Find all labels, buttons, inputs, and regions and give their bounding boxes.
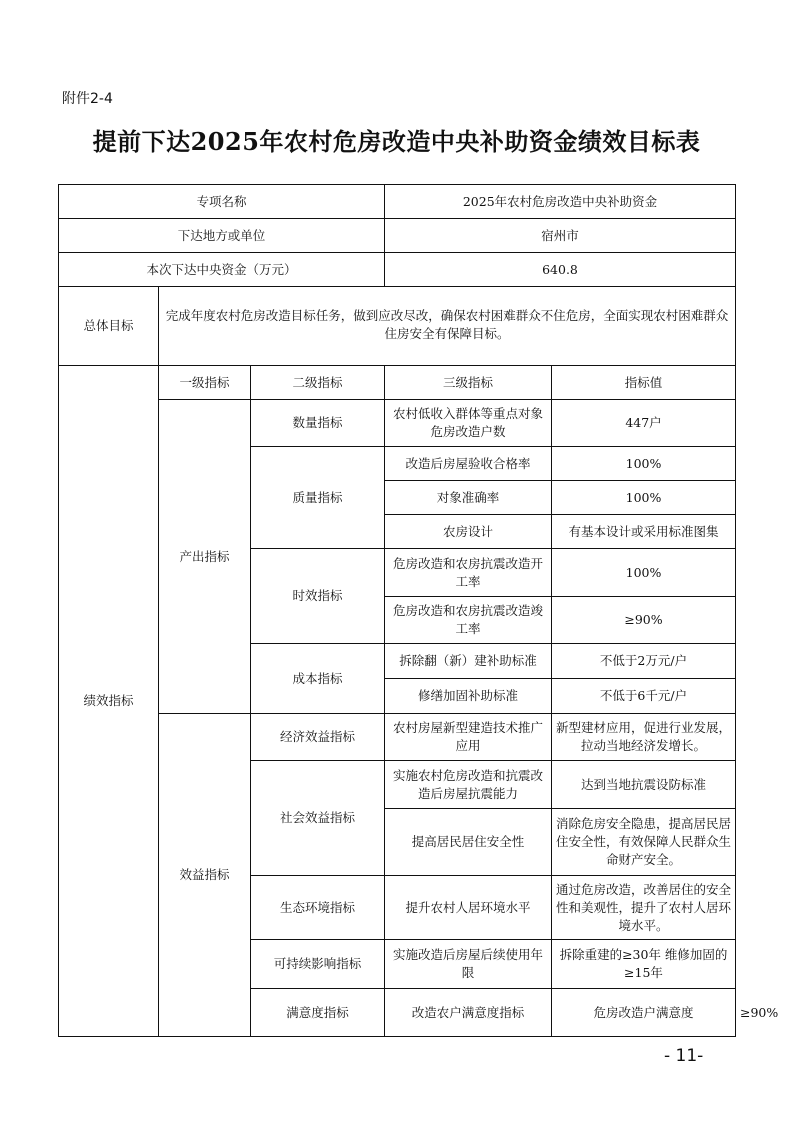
- attachment-label: 附件2-4: [62, 88, 113, 108]
- value-cell: 达到当地抗震设防标准: [552, 761, 736, 809]
- value-cell: 新型建材应用，促进行业发展，拉动当地经济发增长。: [552, 714, 736, 761]
- table-row: 效益指标 经济效益指标 农村房屋新型建造技术推广应用 新型建材应用，促进行业发展…: [59, 714, 736, 761]
- value-cell: 消除危房安全隐患，提高居民居住安全性，有效保障人民群众生命财产安全。: [552, 809, 736, 876]
- level3-cell: 危房改造和农房抗震改造竣工率: [385, 597, 552, 644]
- level1-satisfaction: 满意度指标: [251, 989, 385, 1037]
- value-cell: 不低于2万元/户: [552, 644, 736, 679]
- level3-cell: 实施农村危房改造和抗震改造后房屋抗震能力: [385, 761, 552, 809]
- value-cell: 100%: [552, 481, 736, 515]
- column-header: 一级指标: [159, 366, 251, 400]
- value-cell: 有基本设计或采用标准图集: [552, 515, 736, 549]
- page-title: 提前下达2025年农村危房改造中央补助资金绩效目标表: [0, 122, 793, 157]
- table-row: 总体目标 完成年度农村危房改造目标任务，做到应改尽改，确保农村困难群众不住危房，…: [59, 287, 736, 366]
- performance-target-table: 专项名称 2025年农村危房改造中央补助资金 下达地方或单位 宿州市 本次下达中…: [58, 184, 736, 1037]
- column-header: 三级指标: [385, 366, 552, 400]
- level2-economic: 经济效益指标: [251, 714, 385, 761]
- level3-cell: 提高居民居住安全性: [385, 809, 552, 876]
- level3-cell: 改造后房屋验收合格率: [385, 447, 552, 481]
- level3-cell: 农房设计: [385, 515, 552, 549]
- value-cell: 100%: [552, 447, 736, 481]
- column-header: 二级指标: [251, 366, 385, 400]
- project-name-value: 2025年农村危房改造中央补助资金: [385, 185, 736, 219]
- column-header: 指标值: [552, 366, 736, 400]
- value-cell: 拆除重建的≥30年 维修加固的≥15年: [552, 940, 736, 989]
- indicators-section-label: 绩效指标: [59, 366, 159, 1037]
- table-row: 下达地方或单位 宿州市: [59, 219, 736, 253]
- page-number: - 11-: [664, 1046, 703, 1066]
- level2-social: 社会效益指标: [251, 761, 385, 876]
- level2-satisfaction: 改造农户满意度指标: [385, 989, 552, 1037]
- value-cell: 通过危房改造，改善居住的安全性和美观性，提升了农村人居环境水平。: [552, 876, 736, 940]
- level2-quality: 质量指标: [251, 447, 385, 549]
- level3-cell: 农村低收入群体等重点对象危房改造户数: [385, 400, 552, 447]
- overall-goal-label: 总体目标: [59, 287, 159, 366]
- level3-cell: 修缮加固补助标准: [385, 679, 552, 714]
- funds-value: 640.8: [385, 253, 736, 287]
- value-cell: 不低于6千元/户: [552, 679, 736, 714]
- funds-label: 本次下达中央资金（万元）: [59, 253, 385, 287]
- level1-output: 产出指标: [159, 400, 251, 714]
- table-row: 绩效指标 一级指标 二级指标 三级指标 指标值: [59, 366, 736, 400]
- value-cell: 100%: [552, 549, 736, 597]
- level2-quantity: 数量指标: [251, 400, 385, 447]
- level3-cell: 危房改造和农房抗震改造开工率: [385, 549, 552, 597]
- table-row: 产出指标 数量指标 农村低收入群体等重点对象危房改造户数 447户: [59, 400, 736, 447]
- recipient-label: 下达地方或单位: [59, 219, 385, 253]
- table-row: 本次下达中央资金（万元） 640.8: [59, 253, 736, 287]
- project-name-label: 专项名称: [59, 185, 385, 219]
- level3-cell: 危房改造户满意度: [552, 989, 736, 1037]
- level1-benefit: 效益指标: [159, 714, 251, 1037]
- level3-cell: 对象准确率: [385, 481, 552, 515]
- level3-cell: 拆除翻（新）建补助标准: [385, 644, 552, 679]
- level3-cell: 提升农村人居环境水平: [385, 876, 552, 940]
- level2-timeliness: 时效指标: [251, 549, 385, 644]
- level2-sustainable: 可持续影响指标: [251, 940, 385, 989]
- value-cell: ≥90%: [552, 597, 736, 644]
- level2-cost: 成本指标: [251, 644, 385, 714]
- recipient-value: 宿州市: [385, 219, 736, 253]
- table-row: 专项名称 2025年农村危房改造中央补助资金: [59, 185, 736, 219]
- level3-cell: 农村房屋新型建造技术推广应用: [385, 714, 552, 761]
- level2-ecological: 生态环境指标: [251, 876, 385, 940]
- level3-cell: 实施改造后房屋后续使用年限: [385, 940, 552, 989]
- overall-goal-value: 完成年度农村危房改造目标任务，做到应改尽改，确保农村困难群众不住危房，全面实现农…: [159, 287, 736, 366]
- value-cell: 447户: [552, 400, 736, 447]
